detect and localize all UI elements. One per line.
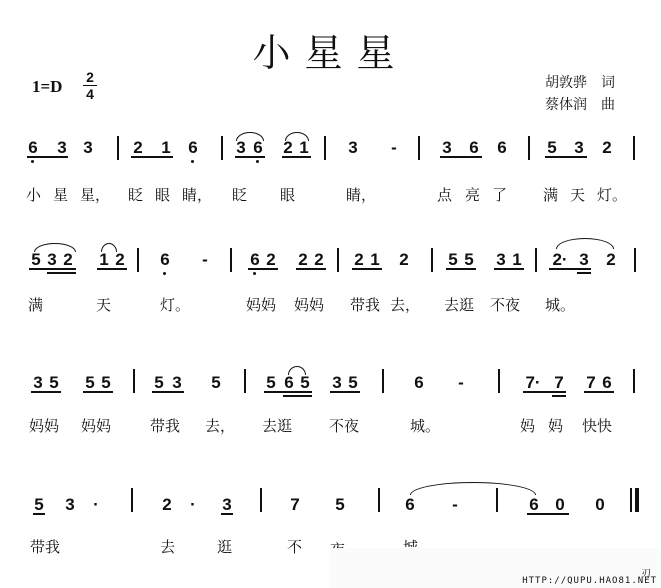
sixteenth-underline xyxy=(47,272,76,274)
lyric: 满 xyxy=(28,296,43,314)
eighth-underline xyxy=(545,156,587,158)
lyric: 快快 xyxy=(582,417,612,435)
lyricist-role: 词 xyxy=(601,72,615,94)
aug-dot: · xyxy=(186,496,200,514)
final-barline-thin xyxy=(630,488,632,512)
note: 6 xyxy=(412,374,426,392)
eighth-underline xyxy=(248,268,278,270)
dash: - xyxy=(454,374,468,392)
note: 2 xyxy=(352,251,366,269)
lyric: 了 xyxy=(492,186,507,204)
eighth-underline xyxy=(97,268,127,270)
eighth-underline xyxy=(83,391,113,393)
lyric: 去逛 xyxy=(262,417,292,435)
credits: 胡敦骅 词 蔡体润 曲 xyxy=(545,72,615,116)
lyric: 带我 xyxy=(150,417,180,435)
eighth-underline xyxy=(131,156,173,158)
note: 3 xyxy=(63,496,77,514)
barline xyxy=(378,488,380,512)
note: 6 xyxy=(467,139,481,157)
eighth-underline xyxy=(31,391,61,393)
barline xyxy=(221,136,223,160)
note: 5 xyxy=(32,496,46,514)
note: 6 xyxy=(527,496,541,514)
time-signature: 2 4 xyxy=(83,70,97,101)
note: 5 xyxy=(152,374,166,392)
lyric: 眨 xyxy=(232,186,247,204)
lyric: 城。 xyxy=(545,296,575,314)
lyricist-credit: 胡敦骅 词 xyxy=(545,72,615,94)
lyric: 妈 xyxy=(520,417,535,435)
note: 3 xyxy=(572,139,586,157)
note: 6 xyxy=(282,374,296,392)
note: 7 xyxy=(584,374,598,392)
note: 5 xyxy=(462,251,476,269)
eighth-underline xyxy=(27,156,68,158)
note: 7 xyxy=(288,496,302,514)
note: 3 xyxy=(234,139,248,157)
eighth-underline xyxy=(527,513,569,515)
note: 2 xyxy=(312,251,326,269)
note: 3 xyxy=(45,251,59,269)
time-sig-denominator: 4 xyxy=(83,86,97,101)
barline xyxy=(131,488,133,512)
lyric: 天 xyxy=(570,186,585,204)
sixteenth-underline xyxy=(552,395,566,397)
note: 5 xyxy=(29,251,43,269)
note: 1 xyxy=(97,251,111,269)
barline xyxy=(137,248,139,272)
lyric: 满 xyxy=(543,186,558,204)
note: 2 xyxy=(113,251,127,269)
note: 3 xyxy=(330,374,344,392)
note: 0 xyxy=(553,496,567,514)
lyric: 眨 xyxy=(128,186,143,204)
note: 7 xyxy=(552,374,566,392)
sixteenth-underline xyxy=(283,395,312,397)
lyric: 灯。 xyxy=(160,296,190,314)
note: 6 xyxy=(600,374,614,392)
lyric: 亮 xyxy=(465,186,480,204)
lyric: 妈妈 xyxy=(29,417,59,435)
eighth-underline xyxy=(296,268,326,270)
note: 2 xyxy=(264,251,278,269)
eighth-underline xyxy=(494,268,524,270)
barline xyxy=(528,136,530,160)
lyric: 妈妈 xyxy=(81,417,111,435)
note: 5 xyxy=(99,374,113,392)
note: 2· xyxy=(549,251,571,269)
barline xyxy=(633,369,635,393)
note: 5 xyxy=(545,139,559,157)
barline xyxy=(324,136,326,160)
lyric: 城。 xyxy=(410,417,440,435)
lyric: 小 xyxy=(26,186,41,204)
eighth-underline xyxy=(584,391,614,393)
low-octave-dot xyxy=(253,272,256,275)
note: 2 xyxy=(397,251,411,269)
note: 3 xyxy=(55,139,69,157)
note: 3 xyxy=(346,139,360,157)
note: 3 xyxy=(440,139,454,157)
barline xyxy=(230,248,232,272)
lyric: 带我 xyxy=(350,296,380,314)
low-octave-dot xyxy=(163,272,166,275)
song-title: 小星星 xyxy=(0,22,661,77)
eighth-underline xyxy=(264,391,312,393)
note: 6 xyxy=(186,139,200,157)
note: 5 xyxy=(47,374,61,392)
lyric: 星 xyxy=(53,186,68,204)
eighth-underline xyxy=(352,268,382,270)
lyric: 去， xyxy=(390,296,420,314)
barline xyxy=(535,248,537,272)
lyric: 妈妈 xyxy=(294,296,324,314)
note: 6 xyxy=(495,139,509,157)
barline xyxy=(117,136,119,160)
lyricist-name: 胡敦骅 xyxy=(545,72,587,94)
lyric: 睛， xyxy=(182,186,212,204)
lyric: 去 xyxy=(160,538,175,556)
note: 2 xyxy=(281,139,295,157)
eighth-underline xyxy=(221,513,233,515)
barline xyxy=(633,136,635,160)
lyric: 带我 xyxy=(30,538,60,556)
eighth-underline xyxy=(440,156,482,158)
composer-credit: 蔡体润 曲 xyxy=(545,94,615,116)
note: 1 xyxy=(297,139,311,157)
lyric: 不 xyxy=(287,538,302,556)
note: 1 xyxy=(510,251,524,269)
note: 2 xyxy=(600,139,614,157)
note: 6 xyxy=(403,496,417,514)
watermark-url: HTTP://QUPU.HAO81.NET xyxy=(522,576,657,586)
note: 3 xyxy=(170,374,184,392)
barline xyxy=(418,136,420,160)
lyric: 妈 xyxy=(548,417,563,435)
note: 5 xyxy=(333,496,347,514)
barline xyxy=(260,488,262,512)
lyric: 天 xyxy=(96,296,111,314)
sixteenth-underline xyxy=(577,272,591,274)
note: 2 xyxy=(160,496,174,514)
low-octave-dot xyxy=(31,160,34,163)
lyric: 星， xyxy=(80,186,110,204)
note: 5 xyxy=(83,374,97,392)
note: 6 xyxy=(251,139,265,157)
eighth-underline xyxy=(33,513,45,515)
low-octave-dot xyxy=(256,160,259,163)
note: 6 xyxy=(248,251,262,269)
note: 3 xyxy=(494,251,508,269)
note: 2 xyxy=(131,139,145,157)
note: 1 xyxy=(368,251,382,269)
note: 5 xyxy=(264,374,278,392)
eighth-underline xyxy=(152,391,184,393)
eighth-underline xyxy=(523,391,566,393)
note: 0 xyxy=(593,496,607,514)
note: 7· xyxy=(523,374,543,392)
note: 3 xyxy=(31,374,45,392)
note: 5 xyxy=(298,374,312,392)
note: 6 xyxy=(26,139,40,157)
lyric: 不夜 xyxy=(490,296,520,314)
dash: - xyxy=(387,139,401,157)
note: 5 xyxy=(209,374,223,392)
note: 5 xyxy=(346,374,360,392)
barline xyxy=(496,488,498,512)
tie xyxy=(410,482,536,495)
note: 2 xyxy=(296,251,310,269)
barline xyxy=(498,369,500,393)
note: 3 xyxy=(220,496,234,514)
eighth-underline xyxy=(446,268,476,270)
slur xyxy=(556,238,614,249)
barline xyxy=(431,248,433,272)
barline xyxy=(382,369,384,393)
barline xyxy=(337,248,339,272)
dash: - xyxy=(448,496,462,514)
aug-dot: · xyxy=(89,496,103,514)
lyric: 去， xyxy=(205,417,235,435)
dash: - xyxy=(198,251,212,269)
eighth-underline xyxy=(330,391,360,393)
lyric: 点 xyxy=(437,186,452,204)
composer-name: 蔡体润 xyxy=(545,94,587,116)
note: 3 xyxy=(577,251,591,269)
key-signature: 1=D xyxy=(32,77,62,97)
composer-role: 曲 xyxy=(601,94,615,116)
eighth-underline xyxy=(235,156,265,158)
lyric: 眼 xyxy=(155,186,170,204)
note: 2 xyxy=(61,251,75,269)
low-octave-dot xyxy=(191,160,194,163)
note: 5 xyxy=(446,251,460,269)
barline xyxy=(133,369,135,393)
note: 6 xyxy=(158,251,172,269)
barline xyxy=(244,369,246,393)
eighth-underline xyxy=(549,268,591,270)
lyric: 眼 xyxy=(280,186,295,204)
eighth-underline xyxy=(29,268,76,270)
lyric: 去逛 xyxy=(444,296,474,314)
note: 1 xyxy=(159,139,173,157)
note: 2 xyxy=(604,251,618,269)
barline xyxy=(634,248,636,272)
note: 3 xyxy=(81,139,95,157)
final-barline-thick xyxy=(635,488,639,512)
lyric: 睛， xyxy=(346,186,376,204)
eighth-underline xyxy=(282,156,311,158)
lyric: 逛 xyxy=(217,538,232,556)
lyric: 不夜 xyxy=(329,417,359,435)
time-sig-numerator: 2 xyxy=(83,70,97,86)
lyric: 灯。 xyxy=(597,186,627,204)
lyric: 妈妈 xyxy=(246,296,276,314)
